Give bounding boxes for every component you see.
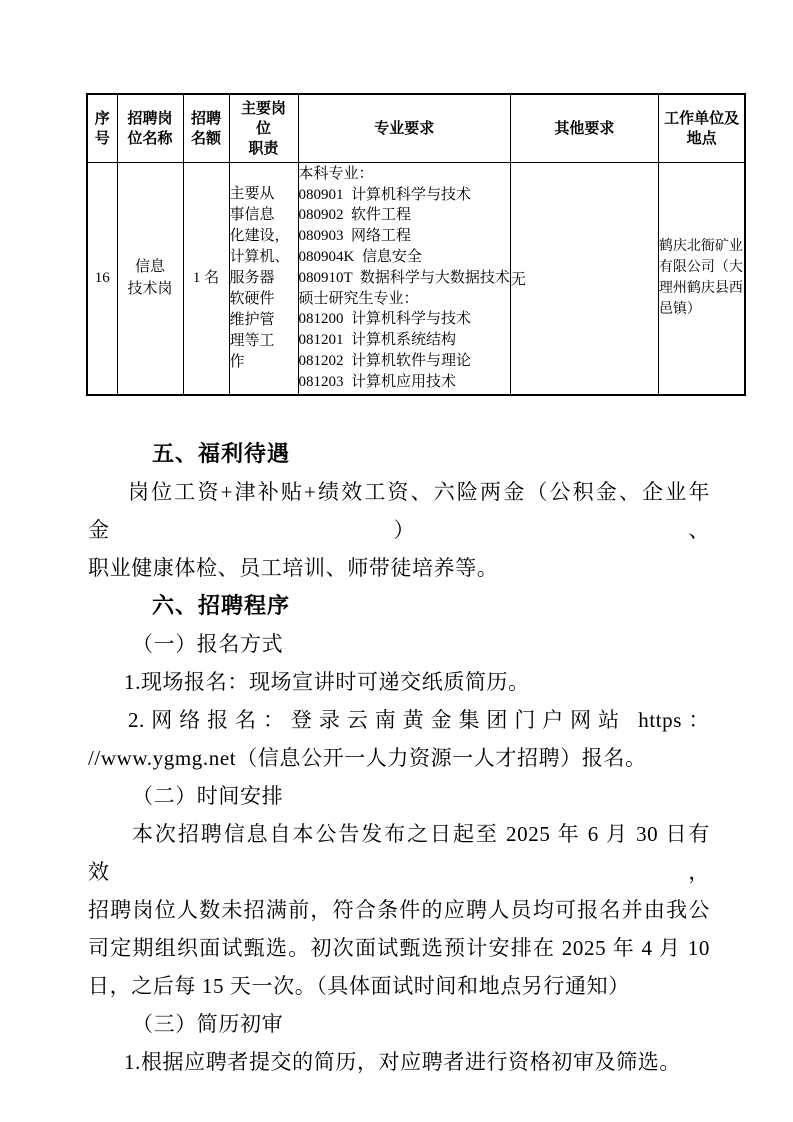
major-requirement-line: 081203 计算机应用技术 <box>299 372 510 393</box>
section-5-heading: 五、福利待遇 <box>88 435 710 473</box>
benefits-paragraph-line: 岗位工资+津补贴+绩效工资、六险两金（公积金、企业年金）、 <box>88 473 710 549</box>
item-onsite-signup: 1.现场报名：现场宣讲时可递交纸质简历。 <box>88 663 710 701</box>
table-header-row: 序 号 招聘岗 位名称 招聘 名额 主要岗 位 职责 专业要求 其他要求 工作单… <box>87 94 745 163</box>
cell-quota: 1 名 <box>183 163 229 395</box>
benefits-paragraph-line: 职业健康体检、员工培训、师带徒培养等。 <box>88 549 710 587</box>
major-requirement-line: 本科专业： <box>299 164 510 185</box>
col-header-duties: 主要岗 位 职责 <box>229 94 298 163</box>
cell-serial-no: 16 <box>87 163 117 395</box>
major-requirement-line: 080902 软件工程 <box>299 205 510 226</box>
schedule-paragraph: 本次招聘信息自本公告发布之日起至 2025 年 6 月 30 日有效，招聘岗位人… <box>88 815 710 1005</box>
col-header-quota: 招聘 名额 <box>183 94 229 163</box>
recruitment-table: 序 号 招聘岗 位名称 招聘 名额 主要岗 位 职责 专业要求 其他要求 工作单… <box>86 93 746 396</box>
col-header-position-name: 招聘岗 位名称 <box>117 94 183 163</box>
schedule-paragraph-line: 招聘岗位人数未招满前，符合条件的应聘人员均可报名并由我公 <box>88 891 710 929</box>
col-header-serial-no: 序 号 <box>87 94 117 163</box>
major-requirement-line: 硕士研究生专业： <box>299 289 510 310</box>
body-text-block: 五、福利待遇岗位工资+津补贴+绩效工资、六险两金（公积金、企业年金）、职业健康体… <box>88 435 710 1081</box>
col-header-major-requirements: 专业要求 <box>298 94 510 163</box>
table-row: 16 信息 技术岗 1 名 主要从 事信息 化建设， 计算机、 服务器 软硬件 … <box>87 163 745 395</box>
schedule-paragraph-line: 本次招聘信息自本公告发布之日起至 2025 年 6 月 30 日有效， <box>88 815 710 891</box>
major-requirement-line: 080901 计算机科学与技术 <box>299 185 510 206</box>
major-requirement-line: 081200 计算机科学与技术 <box>299 309 510 330</box>
major-requirement-line: 080903 网络工程 <box>299 226 510 247</box>
section-6-heading: 六、招聘程序 <box>88 587 710 625</box>
major-requirement-line: 080904K 信息安全 <box>299 247 510 268</box>
cell-duties: 主要从 事信息 化建设， 计算机、 服务器 软硬件 维护管 理等工 作 <box>229 163 298 395</box>
col-header-workplace: 工作单位及 地点 <box>658 94 745 163</box>
major-requirement-line: 081201 计算机系统结构 <box>299 330 510 351</box>
item-online-signup-line: //www.ygmg.net（信息公开一人力资源一人才招聘）报名。 <box>88 739 710 777</box>
cell-major-requirements: 本科专业：080901 计算机科学与技术080902 软件工程080903 网络… <box>298 163 510 395</box>
section-6-heading-line: 六、招聘程序 <box>88 587 710 625</box>
sub-heading-1: （一）报名方式 <box>88 625 710 663</box>
major-requirement-line: 081202 计算机软件与理论 <box>299 351 510 372</box>
sub-heading-3: （三）简历初审 <box>88 1005 710 1043</box>
document-page: 序 号 招聘岗 位名称 招聘 名额 主要岗 位 职责 专业要求 其他要求 工作单… <box>0 0 793 1122</box>
col-header-other-requirements: 其他要求 <box>510 94 658 163</box>
cell-position-name: 信息 技术岗 <box>117 163 183 395</box>
cell-other-requirements: 无 <box>510 163 658 395</box>
item-online-signup-line: 2.网络报名：登录云南黄金集团门户网站 https： <box>88 701 710 739</box>
sub-heading-1-line: （一）报名方式 <box>88 625 710 663</box>
sub-heading-2-line: （二）时间安排 <box>88 777 710 815</box>
major-requirement-line: 080910T 数据科学与大数据技术 <box>299 268 510 289</box>
sub-heading-2: （二）时间安排 <box>88 777 710 815</box>
sub-heading-3-line: （三）简历初审 <box>88 1005 710 1043</box>
item-online-signup: 2.网络报名：登录云南黄金集团门户网站 https：//www.ygmg.net… <box>88 701 710 777</box>
benefits-paragraph: 岗位工资+津补贴+绩效工资、六险两金（公积金、企业年金）、职业健康体检、员工培训… <box>88 473 710 587</box>
item-onsite-signup-line: 1.现场报名：现场宣讲时可递交纸质简历。 <box>88 663 710 701</box>
schedule-paragraph-line: 日，之后每 15 天一次。（具体面试时间和地点另行通知） <box>88 967 710 1005</box>
item-resume-screening-line: 1.根据应聘者提交的简历，对应聘者进行资格初审及筛选。 <box>88 1043 710 1081</box>
schedule-paragraph-line: 司定期组织面试甄选。初次面试甄选预计安排在 2025 年 4 月 10 <box>88 929 710 967</box>
cell-workplace: 鹤庆北衙矿业 有限公司（大 理州鹤庆县西 邑镇） <box>658 163 745 395</box>
item-resume-screening: 1.根据应聘者提交的简历，对应聘者进行资格初审及筛选。 <box>88 1043 710 1081</box>
section-5-heading-line: 五、福利待遇 <box>88 435 710 473</box>
